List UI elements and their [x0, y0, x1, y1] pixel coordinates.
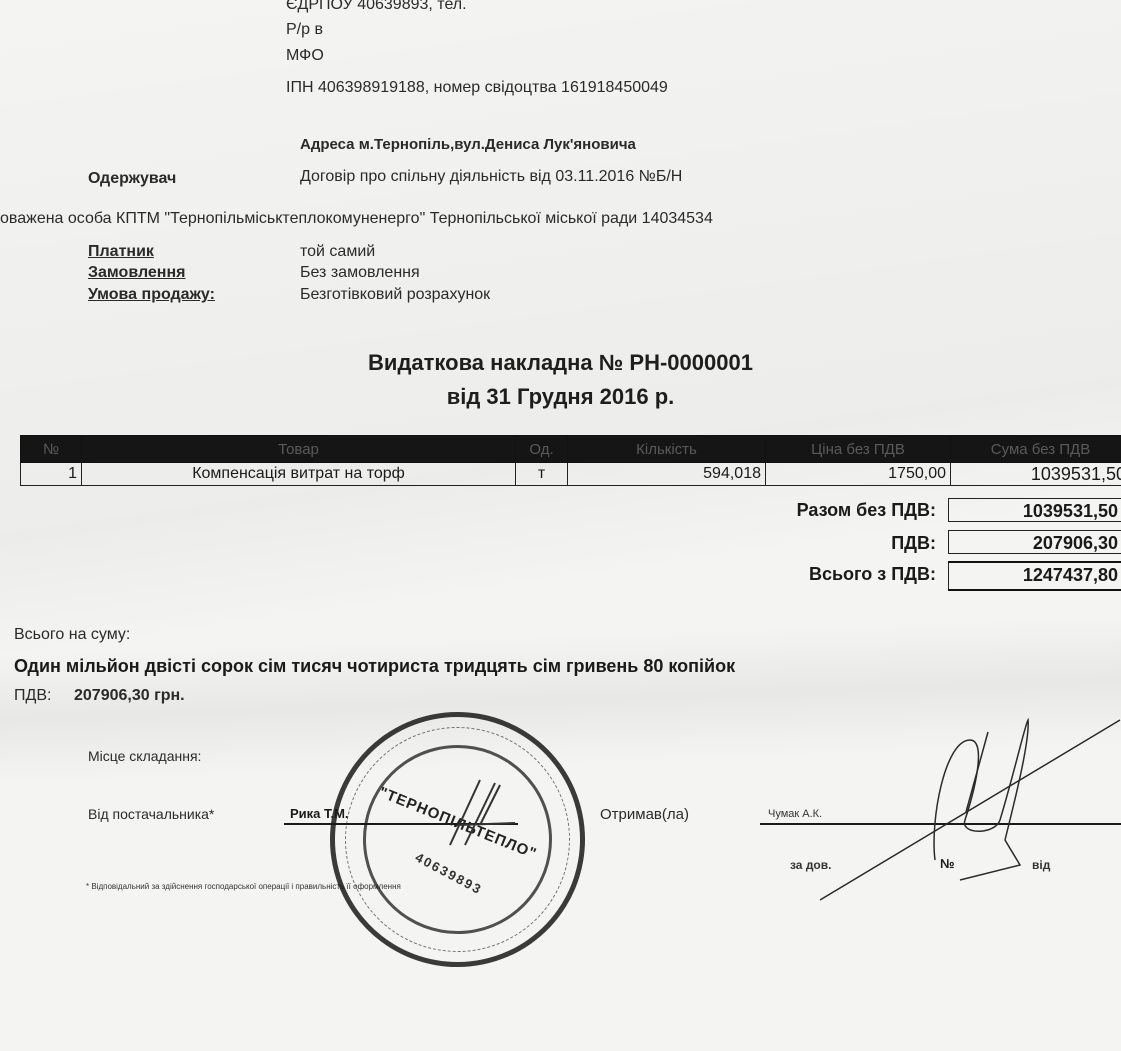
col-header-sum: Сума без ПДВ: [951, 436, 1121, 463]
payer-value: той самий: [300, 243, 375, 261]
order-value: Без замовлення: [300, 264, 420, 282]
recipient-authorized-person: оважена особа КПТМ "Тернопільміськтеплок…: [0, 210, 713, 228]
recipient-contract: Договір про спільну діяльність від 03.11…: [300, 168, 682, 186]
receiver-name: Чумак А.К.: [768, 808, 822, 820]
col-header-product: Товар: [82, 436, 516, 463]
place-label: Місце складання:: [88, 748, 201, 764]
sale-terms-value: Безготівковий розрахунок: [300, 286, 490, 304]
cell-sum: 1039531,50: [951, 463, 1121, 486]
cell-price: 1750,00: [766, 463, 951, 486]
sum-in-words-text: Один мільйон двісті сорок сім тисяч чоти…: [14, 656, 735, 677]
supplier-account: Р/р в: [286, 21, 323, 39]
supplier-address: Адреса м.Тернопіль,вул.Дениса Лук'янович…: [300, 136, 636, 153]
col-header-unit: Од.: [516, 436, 568, 463]
sum-in-words-label: Всього на суму:: [14, 626, 130, 644]
vat-line-label: ПДВ:: [14, 687, 51, 705]
supplier-ipn: ІПН 406398919188, номер свідоцтва 161918…: [286, 79, 668, 97]
cell-number: 1: [21, 463, 82, 486]
items-table: № Товар Од. Кількість Ціна без ПДВ Сума …: [20, 435, 1121, 486]
subtotal-value: 1039531,50: [948, 498, 1121, 522]
supplier-signature-icon: [440, 775, 530, 855]
total-label: Всього з ПДВ:: [696, 564, 936, 585]
cell-quantity: 594,018: [568, 463, 766, 486]
supplier-edrpou: ЄДРПОУ 40639893, тел.: [286, 0, 467, 14]
col-header-quantity: Кількість: [568, 436, 766, 463]
sale-terms-label: Умова продажу:: [88, 286, 215, 304]
recipient-label: Одержувач: [88, 170, 176, 188]
vat-label: ПДВ:: [696, 533, 936, 554]
document-title: Видаткова накладна № РН-0000001: [0, 350, 1121, 376]
vat-value: 207906,30: [948, 530, 1121, 554]
col-header-price: Ціна без ПДВ: [766, 436, 951, 463]
supplier-mfo: МФО: [286, 47, 324, 65]
scanned-invoice-page: ЄДРПОУ 40639893, тел. Р/р в МФО ІПН 4063…: [0, 0, 1121, 1051]
cell-unit: т: [516, 463, 568, 486]
payer-label: Платник: [88, 243, 154, 261]
table-header-row: № Товар Од. Кількість Ціна без ПДВ Сума …: [21, 436, 1121, 463]
col-header-number: №: [21, 436, 82, 463]
received-label: Отримав(ла): [600, 806, 689, 823]
receiver-signature-icon: [820, 700, 1121, 900]
vat-line-value: 207906,30 грн.: [74, 687, 185, 705]
document-date: від 31 Грудня 2016 р.: [0, 384, 1121, 410]
order-label: Замовлення: [88, 264, 185, 282]
cell-product: Компенсація витрат на торф: [82, 463, 516, 486]
table-row: 1 Компенсація витрат на торф т 594,018 1…: [21, 463, 1121, 486]
total-value: 1247437,80: [948, 561, 1121, 591]
from-supplier-label: Від постачальника*: [88, 806, 214, 822]
subtotal-label: Разом без ПДВ:: [696, 500, 936, 521]
